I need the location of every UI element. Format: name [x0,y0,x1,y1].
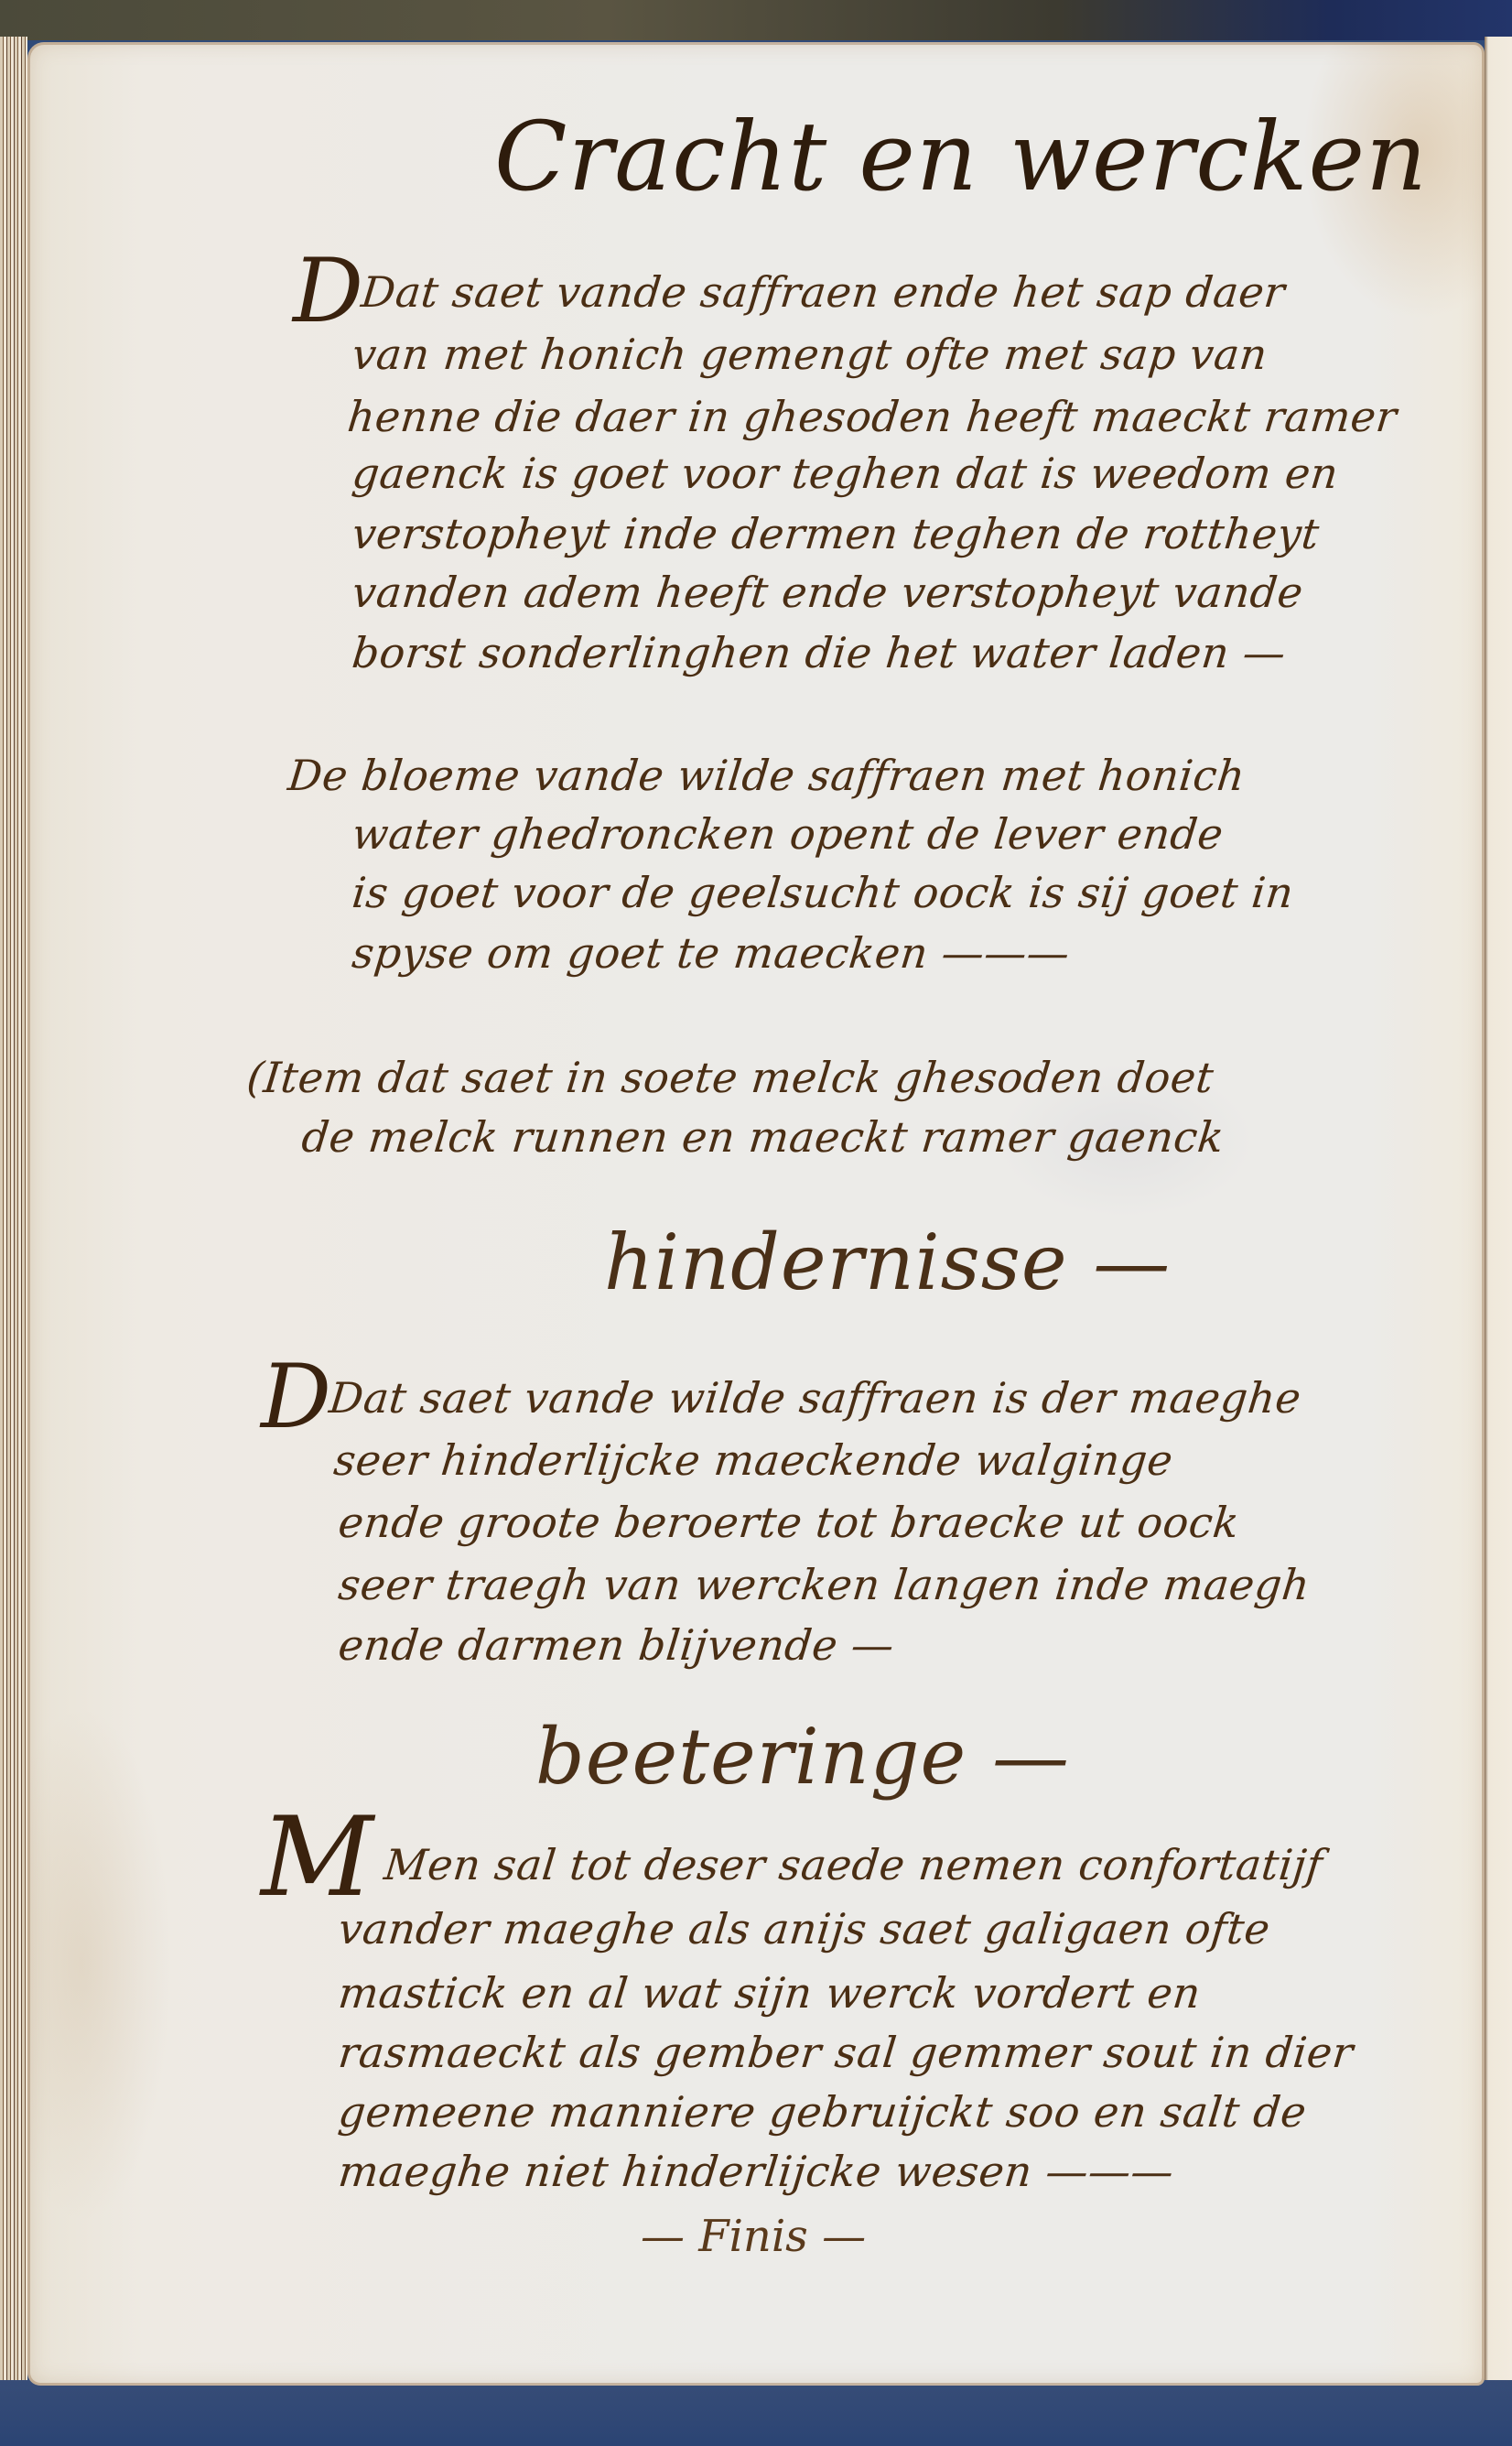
text-line: Dat saet vande wilde saffraen is der mae… [327,1373,1303,1423]
text-line: rasmaeckt als gember sal gemmer sout in … [336,2028,1355,2077]
text-line: water ghedroncken opent de lever ende [350,809,1226,859]
text-line: is goet voor de geelsucht oock is sij go… [350,868,1296,917]
text-line: verstopheyt inde dermen teghen de rotthe… [350,509,1322,558]
drop-initial-d: D [293,240,363,342]
text-line: ende darmen blijvende — [336,1620,897,1670]
drop-initial-m: M [261,1794,373,1921]
text-line: (Item dat saet in soete melck ghesoden d… [244,1053,1216,1102]
section-heading-hindernisse: hindernisse — [604,1218,1171,1307]
text-line: vander maeghe als anijs saet galigaen of… [336,1904,1272,1954]
book-page-edges-right [1485,37,1512,2380]
text-line: vanden adem heeft ende verstopheyt vande [350,568,1305,617]
text-line: henne die daer in ghesoden heeft maeckt … [345,392,1399,441]
text-line: gaenck is goet voor teghen dat is weedom… [350,449,1341,498]
section-heading-beeteringe: beeteringe — [535,1712,1070,1802]
text-line: ende groote beroerte tot braecke ut oock [336,1498,1241,1547]
text-line: Dat saet vande saffraen ende het sap dae… [359,267,1288,317]
drop-initial-d: D [261,1346,331,1448]
text-line: maeghe niet hinderlijcke wesen ——— [336,2147,1176,2196]
top-cloth-background [0,0,1512,40]
text-line: van met honich gemengt ofte met sap van [350,330,1269,379]
text-line: spyse om goet te maecken ——— [350,928,1072,978]
text-line: seer hinderlijcke maeckende walginge [331,1435,1175,1485]
text-line: Men sal tot deser saede nemen confortati… [382,1840,1325,1889]
text-line: mastick en al wat sijn werck vordert en [336,1968,1203,2018]
text-line: De bloeme vande wilde saffraen met honic… [286,751,1247,800]
page-title: Cracht en wercken [494,101,1428,212]
text-line: borst sonderlinghen die het water laden … [350,628,1288,677]
text-line: gemeene manniere gebruijckt soo en salt … [336,2087,1309,2137]
text-line: seer traegh van wercken langen inde maeg… [336,1560,1312,1609]
book-page-edges-left [0,37,27,2380]
closing-finis: — Finis — [641,2211,866,2262]
text-line: de melck runnen en maeckt ramer gaenck [299,1112,1226,1162]
